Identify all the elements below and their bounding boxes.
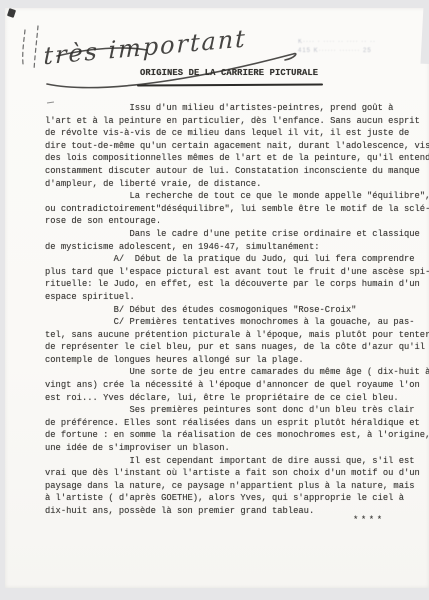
- paragraph-equilibre: La recherche de tout ce que le monde app…: [45, 190, 429, 228]
- stamp-line: K···· · ···· ·· ···· ·· ··: [298, 38, 428, 47]
- faded-stamp: K···· · ···· ·· ···· ·· ·· 415 K······ ·…: [298, 38, 428, 56]
- paragraph-premieres-peintures: Ses premières peintures sont donc d'un b…: [45, 404, 429, 454]
- paragraph-crise: Dans le cadre d'une petite crise ordinai…: [45, 228, 429, 253]
- page-title: ORIGINES DE LA CARRIERE PICTURALE: [140, 68, 318, 78]
- stamp-line: 415 K······ ······· 25: [298, 47, 428, 56]
- paragraph-item-b-rose-croix: B/ Début des études cosmogoniques "Rose-…: [45, 304, 429, 317]
- end-asterisks: ****: [353, 515, 385, 525]
- corner-ink-mark: [7, 8, 16, 18]
- scanned-page: très important K···· · ···· ·· ···· ·· ·…: [0, 0, 429, 600]
- document-body: Issu d'un milieu d'artistes-peintres, pr…: [45, 102, 429, 518]
- paragraph-jeu-camarades: Une sorte de jeu entre camarades du même…: [45, 366, 429, 404]
- paper-sheet: très important K···· · ···· ·· ···· ·· ·…: [5, 8, 429, 588]
- paragraph-item-a-judo: A/ Début de la pratique du Judo, qui lui…: [45, 253, 429, 303]
- paragraph-goethe: Il est cependant important de dire aussi…: [45, 455, 429, 518]
- paragraph-intro: Issu d'un milieu d'artistes-peintres, pr…: [45, 102, 429, 190]
- paragraph-item-c-monochromes: C/ Premières tentatives monochromes à la…: [45, 316, 429, 366]
